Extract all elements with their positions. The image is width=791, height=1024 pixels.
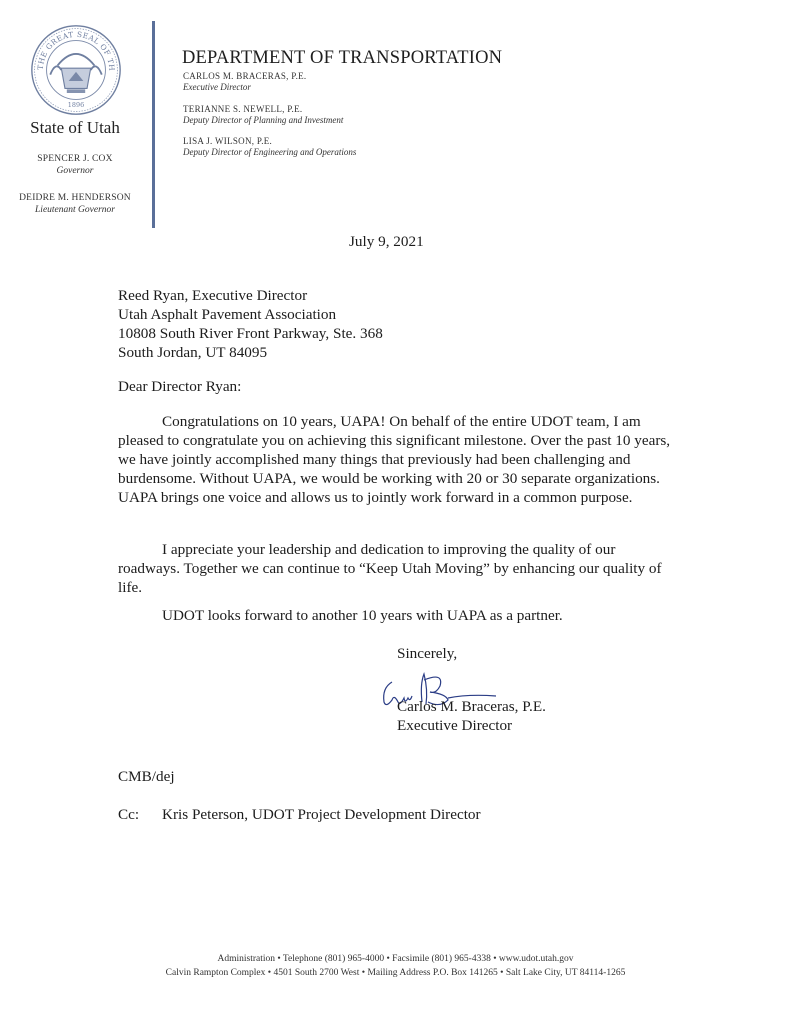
officer-name: LISA J. WILSON, P.E.: [183, 136, 356, 146]
signature-block: Carlos M. Braceras, P.E. Executive Direc…: [397, 697, 546, 735]
recipient-line: 10808 South River Front Parkway, Ste. 36…: [118, 324, 383, 343]
signer-title: Executive Director: [397, 716, 546, 735]
letterhead-divider: [152, 21, 155, 228]
governor-name: SPENCER J. COX: [0, 154, 150, 164]
letter-date: July 9, 2021: [349, 232, 424, 251]
footer-address-line: Calvin Rampton Complex • 4501 South 2700…: [0, 966, 791, 980]
reference-initials: CMB/dej: [118, 767, 175, 786]
body-paragraph-1: Congratulations on 10 years, UAPA! On be…: [118, 412, 678, 507]
officer-name: TERIANNE S. NEWELL, P.E.: [183, 104, 343, 114]
svg-text:THE GREAT SEAL OF THE STATE OF: THE GREAT SEAL OF THE STATE OF UTAH: [30, 24, 116, 72]
cc-recipient: Kris Peterson, UDOT Project Development …: [162, 805, 481, 824]
lieutenant-governor-title: Lieutenant Governor: [0, 205, 150, 215]
officer-executive-director: CARLOS M. BRACERAS, P.E. Executive Direc…: [183, 71, 306, 92]
department-title: DEPARTMENT OF TRANSPORTATION: [182, 48, 502, 69]
body-paragraph-3: UDOT looks forward to another 10 years w…: [162, 606, 563, 625]
svg-text:1896: 1896: [68, 101, 84, 109]
signer-name: Carlos M. Braceras, P.E.: [397, 697, 546, 716]
governor-title: Governor: [0, 166, 150, 176]
lieutenant-governor-name: DEIDRE M. HENDERSON: [0, 193, 150, 203]
officer-title: Deputy Director of Planning and Investme…: [183, 115, 343, 125]
footer-contact-line: Administration • Telephone (801) 965-400…: [0, 952, 791, 966]
officer-deputy-planning: TERIANNE S. NEWELL, P.E. Deputy Director…: [183, 104, 343, 125]
body-paragraph-2: I appreciate your leadership and dedicat…: [118, 540, 678, 597]
state-name: State of Utah: [0, 118, 150, 138]
officer-title: Executive Director: [183, 82, 306, 92]
closing: Sincerely,: [397, 644, 457, 663]
salutation: Dear Director Ryan:: [118, 377, 241, 396]
lieutenant-governor-block: DEIDRE M. HENDERSON Lieutenant Governor: [0, 193, 150, 215]
officer-deputy-engineering: LISA J. WILSON, P.E. Deputy Director of …: [183, 136, 356, 157]
officer-name: CARLOS M. BRACERAS, P.E.: [183, 71, 306, 81]
utah-state-seal-icon: THE GREAT SEAL OF THE STATE OF UTAH 1896: [30, 24, 122, 116]
recipient-line: Utah Asphalt Pavement Association: [118, 305, 383, 324]
officer-title: Deputy Director of Engineering and Opera…: [183, 147, 356, 157]
governor-block: SPENCER J. COX Governor: [0, 154, 150, 176]
recipient-address: Reed Ryan, Executive Director Utah Aspha…: [118, 286, 383, 362]
cc-label: Cc:: [118, 805, 139, 824]
recipient-line: South Jordan, UT 84095: [118, 343, 383, 362]
recipient-line: Reed Ryan, Executive Director: [118, 286, 383, 305]
